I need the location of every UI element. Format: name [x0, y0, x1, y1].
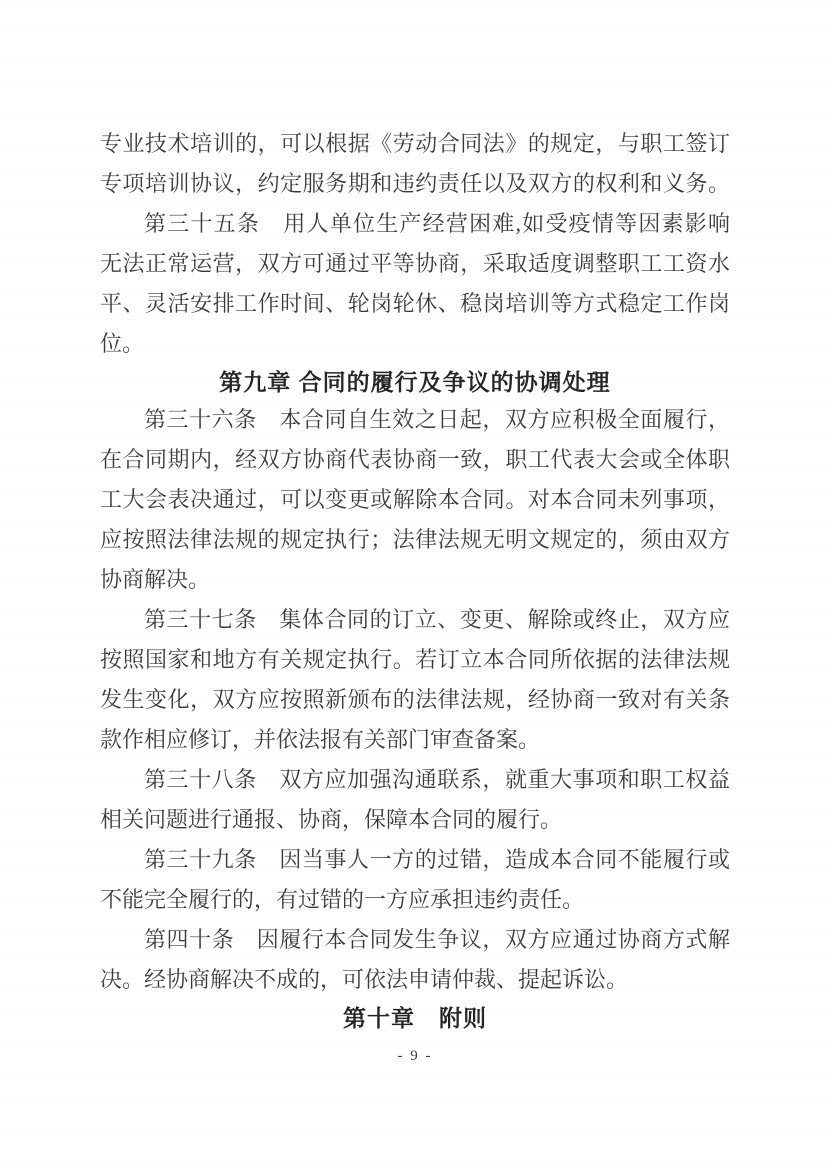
text-line: 无法正常运营，双方可通过平等协商，采取适度调整职工工资水 — [100, 244, 730, 284]
text-line: 款作相应修订，并依法报有关部门审查备案。 — [100, 720, 730, 760]
text-line-article-37: 第三十七条 集体合同的订立、变更、解除或终止，双方应 — [100, 600, 730, 640]
text-line: 在合同期内，经双方协商代表协商一致，职工代表大会或全体职 — [100, 440, 730, 480]
text-line: 相关问题进行通报、协商，保障本合同的履行。 — [100, 800, 730, 840]
chapter-9-heading: 第九章 合同的履行及争议的协调处理 — [100, 364, 730, 400]
text-line-article-39: 第三十九条 因当事人一方的过错，造成本合同不能履行或 — [100, 840, 730, 880]
text-line-article-36: 第三十六条 本合同自生效之日起，双方应积极全面履行， — [100, 400, 730, 440]
text-line: 平、灵活安排工作时间、轮岗轮休、稳岗培训等方式稳定工作岗 — [100, 284, 730, 324]
text-line: 专业技术培训的，可以根据《劳动合同法》的规定，与职工签订 — [100, 124, 730, 164]
text-line: 不能完全履行的，有过错的一方应承担违约责任。 — [100, 880, 730, 920]
text-line: 协商解决。 — [100, 560, 730, 600]
document-page: 专业技术培训的，可以根据《劳动合同法》的规定，与职工签订 专项培训协议，约定服务… — [0, 0, 828, 1166]
text-line: 位。 — [100, 324, 730, 364]
text-line: 工大会表决通过，可以变更或解除本合同。对本合同未列事项， — [100, 480, 730, 520]
text-line: 专项培训协议，约定服务期和违约责任以及双方的权利和义务。 — [100, 164, 730, 204]
page-number: - 9 - — [100, 1048, 730, 1065]
text-line: 决。经协商解决不成的，可依法申请仲裁、提起诉讼。 — [100, 960, 730, 1000]
text-line: 按照国家和地方有关规定执行。若订立本合同所依据的法律法规 — [100, 640, 730, 680]
chapter-10-heading: 第十章 附则 — [100, 1000, 730, 1036]
text-line-article-40: 第四十条 因履行本合同发生争议，双方应通过协商方式解 — [100, 920, 730, 960]
text-line-article-35: 第三十五条 用人单位生产经营困难,如受疫情等因素影响 — [100, 204, 730, 244]
text-line: 发生变化，双方应按照新颁布的法律法规，经协商一致对有关条 — [100, 680, 730, 720]
text-line-article-38: 第三十八条 双方应加强沟通联系，就重大事项和职工权益 — [100, 760, 730, 800]
text-line: 应按照法律法规的规定执行；法律法规无明文规定的，须由双方 — [100, 520, 730, 560]
